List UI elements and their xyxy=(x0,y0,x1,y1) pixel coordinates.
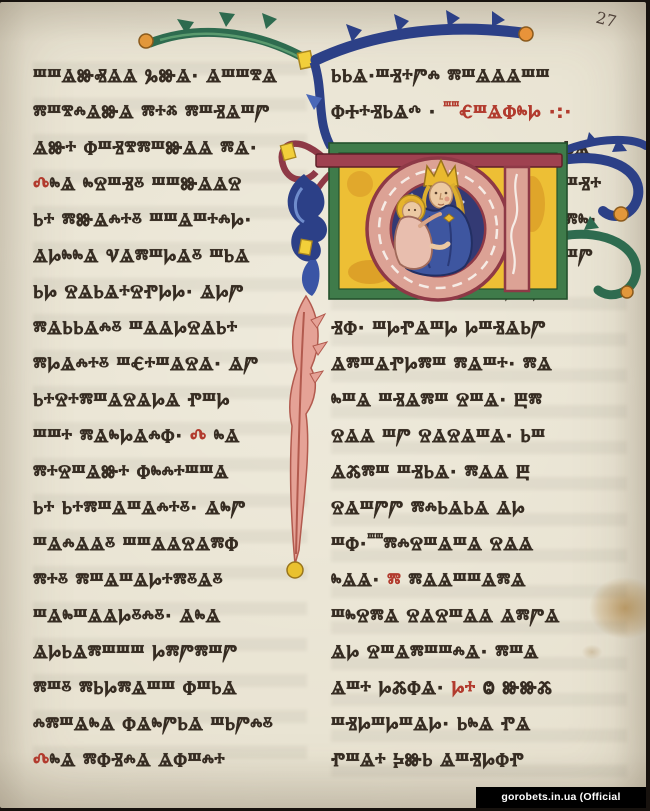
text-segment: ⰿⰞⰻ ⰿⰓⰘⰿⰡⰞⰞ ⰗⰞⰓⰡ xyxy=(33,677,237,699)
text-line: ⰿⰞⰻ ⰿⰓⰘⰿⰡⰞⰞ ⰗⰞⰓⰡ xyxy=(33,671,307,707)
text-segment: ⰓⰓⰡ·ⰞⰠⰰⰣⰾ ⰿⰞⰡⰡⰡⰞⰞ xyxy=(331,65,550,87)
text-segment: Ⱃⰰ ⰿⰖⰡⰾⰰⰻ ⰞⰞⰡⰞⰰⰾⰘ· xyxy=(33,209,252,231)
text-segment: ⰾⰿⰞⰡⰸⰡ ⰗⰡⰸⰣⰓⰡ ⰞⰓⰣⰾⰻ xyxy=(33,713,273,735)
text-line: ⰗⰀⰰⰠⰓⰡⰴ · ⰞⰞⰤⰞⰡⰗⰸⰘ ·:· xyxy=(331,95,629,131)
text-segment: Ⱈⰰ xyxy=(451,677,475,699)
text-line: ⰞⰡⰸⰞⰡⰡⰘⰻⰾⰻ· ⰡⰸⰡ xyxy=(33,599,307,635)
text-segment: Ⰴ xyxy=(33,749,50,771)
text-segment: Ⰴ xyxy=(33,173,50,195)
text-segment: ⰿⰡⰓⰓⰡⰾⰻ ⰞⰡⰡⰘⰔⰡⰓⰰ xyxy=(33,317,238,339)
text-line: Ⱃⰰ ⰓⰰⰿⰞⰡⰞⰡⰾⰰⰻ· ⰡⰸⰣ xyxy=(33,491,307,527)
text-line: ⰞⰠⰰ xyxy=(564,167,629,203)
text-segment: ⰡⰞⰰ ⰘⰆⰗⰡ· xyxy=(331,677,451,699)
text-line: ⰓⰓⰡ·ⰞⰠⰰⰣⰾ ⰿⰞⰡⰡⰡⰞⰞ xyxy=(331,59,629,95)
text-segment: ⰞⰸⰔⰿⰡ ⰔⰡⰔⰞⰡⰡ ⰡⰿⰣⰡ xyxy=(331,605,560,627)
text-line: ⰡⰘⰸⰸⰡ ⰜⰡⰿⰞⰘⰡⰻ ⰞⰓⰡ xyxy=(33,239,307,275)
text-line: ⰿⰸ· xyxy=(564,203,629,239)
text-segment: ⰿ xyxy=(387,569,401,591)
text-line: ⰸⰡⰡ· ⰿ ⰿⰡⰡⰞⰞⰡⰿⰡ xyxy=(331,563,629,599)
text-line: ⰡⰘⰓⰡⰿⰞⰞⰞ ⰘⰿⰣⰿⰞⰣ xyxy=(33,635,307,671)
text-segment: ⰞⰠⰰ xyxy=(564,173,602,195)
text-segment: ⰡⰆⰿⰞ ⰞⰠⰓⰡ· ⰿⰡⰡ Ⰱ xyxy=(331,461,530,483)
watermark: gorobets.in.ua (Official publication) xyxy=(476,787,646,808)
text-segment: ⰿⰸ· xyxy=(564,209,597,231)
text-line: ⰞⰠⰘⰞⰘⰞⰡⰘ· ⰓⰸⰡ ⰒⰡ xyxy=(331,707,629,743)
text-line: ⰠⰗ· ⰞⰘⰒⰡⰞⰘ ⰘⰞⰠⰡⰓⰣ xyxy=(331,311,629,347)
text-segment: Ⱃⰰ ⰓⰰⰿⰞⰡⰞⰡⰾⰰⰻ· ⰡⰸⰣ xyxy=(33,497,246,519)
text-line: ⰸⰞⰡ ⰞⰠⰡⰿⰞ ⰔⰞⰡ· Ⰱⰿ xyxy=(331,383,629,419)
text-line: ⰔⰡⰡ ⰞⰣ ⰔⰡⰔⰡⰞⰡ· ⰓⰞ xyxy=(331,419,629,455)
text-segment: ⰗⰀⰰⰠⰓⰡⰴ · xyxy=(331,101,443,123)
manuscript-photo: 27 ⰞⰞⰡⰖⰟⰡⰡ ⰃⰖⰡ· ⰡⰞⰞⰺⰡⰿⰞⰺⰾⰡⰖⰡ ⰿⰰⰶ ⰿⰞⰠⰡⰞⰣⰡ… xyxy=(0,0,650,811)
text-line: ⰞⰡⰾⰡⰡⰻ ⰞⰞⰡⰡⰔⰡⰿⰗ xyxy=(33,527,307,563)
text-segment: ⰸⰞⰡ ⰞⰠⰡⰿⰞ ⰔⰞⰡ· Ⰱⰿ xyxy=(331,389,542,411)
text-line: ⰞⰣ xyxy=(564,239,629,275)
text-line: ⰞⰸⰔⰿⰡ ⰔⰡⰔⰞⰡⰡ ⰡⰿⰣⰡ xyxy=(331,599,629,635)
text-segment: ⰸⰡⰡ· xyxy=(331,569,387,591)
text-segment: ⰠⰗ· ⰞⰘⰒⰡⰞⰘ ⰘⰞⰠⰡⰓⰣ xyxy=(331,317,546,339)
text-segment: ⰓⰰⰔⰰⰿⰞⰡⰔⰡⰘⰡ ⰒⰞⰘ xyxy=(33,389,230,411)
text-line: ⰓⰰⰔⰰⰿⰞⰡⰔⰡⰘⰡ ⰒⰞⰘ xyxy=(33,383,307,419)
text-line: ⰡⰞⰠⰡ ⰡⰡⰻ ⰞⰞⰡⰻ ⰘⰞⰘ xyxy=(331,275,629,311)
text-line: ⰞⰞⰰ ⰿⰡⰸⰘⰡⰾⰗ· Ⰴ ⰸⰡ xyxy=(33,419,307,455)
text-segment: ⰿⰞⰺⰾⰡⰖⰡ ⰿⰰⰶ ⰿⰞⰠⰡⰞⰣ xyxy=(33,101,270,123)
text-segment: ⰿⰰⰻ ⰿⰞⰡⰞⰡⰘⰰⰿⰻⰡⰻ xyxy=(33,569,223,591)
text-segment: ⰞⰠⰘⰞⰘⰞⰡⰘ· ⰓⰸⰡ ⰒⰡ xyxy=(331,713,531,735)
text-segment: ⰤⰞⰡⰗⰸⰘ ·:· xyxy=(459,101,572,123)
text-line: Ⱃⰰ ⰿⰖⰡⰾⰰⰻ ⰞⰞⰡⰞⰰⰾⰘ· xyxy=(33,203,307,239)
text-segment: ⰡⰘ ⰔⰞⰡⰿⰞⰞⰾⰡ· ⰿⰞⰡ xyxy=(331,641,539,663)
page-number: 27 xyxy=(594,8,618,31)
text-segment: ⰔⰡⰞⰣⰣ ⰿⰾⰓⰡⰓⰡ ⰡⰘ xyxy=(331,497,525,519)
text-segment: ⰿⰡⰡⰞⰞⰡⰿⰡ xyxy=(401,569,526,591)
text-line: ⰡⰘ ⰔⰞⰡⰿⰞⰞⰾⰡ· ⰿⰞⰡ xyxy=(331,635,629,671)
parchment-page: 27 ⰞⰞⰡⰖⰟⰡⰡ ⰃⰖⰡ· ⰡⰞⰞⰺⰡⰿⰞⰺⰾⰡⰖⰡ ⰿⰰⰶ ⰿⰞⰠⰡⰞⰣⰡ… xyxy=(0,2,646,808)
text-line: ⰿⰘⰡⰾⰰⰻ ⰞⰤⰰⰞⰡⰔⰡ· ⰡⰣ xyxy=(33,347,307,383)
text-line: ⰔⰡⰞⰣⰣ ⰿⰾⰓⰡⰓⰡ ⰡⰘ xyxy=(331,491,629,527)
text-segment: ⰞⰞ xyxy=(367,531,383,544)
text-line: ⰓⰘ ⰔⰡⰓⰡⰰⰔⰒⰘⰘ· ⰡⰘⰣ xyxy=(33,275,307,311)
text-line: ⰡⰖⰰ ⰗⰞⰠⰺⰿⰞⰖⰡⰡ ⰿⰡ· xyxy=(33,131,307,167)
text-segment: ⰞⰡⰾⰡⰡⰻ ⰞⰞⰡⰡⰔⰡⰿⰗ xyxy=(33,533,239,555)
gold-bead-icon xyxy=(519,27,533,41)
text-segment: ⰞⰞ xyxy=(443,99,459,112)
text-segment: ⰡⰘⰓⰡⰿⰞⰞⰞ ⰘⰿⰣⰿⰞⰣ xyxy=(33,641,238,663)
text-segment: ⰡⰞⰠⰡ ⰡⰡⰻ ⰞⰞⰡⰻ ⰘⰞⰘ xyxy=(331,281,546,303)
text-segment: ⰔⰡⰡ ⰞⰣ ⰔⰡⰔⰡⰞⰡ· ⰓⰞ xyxy=(331,425,546,447)
text-line: ⰿⰡⰓⰓⰡⰾⰻ ⰞⰡⰡⰘⰔⰡⰓⰰ xyxy=(33,311,307,347)
text-line: ⰒⰞⰡⰰ ⰍⰖⰓ ⰡⰞⰠⰘⰗⰒ xyxy=(331,743,629,779)
text-segment: ⰡⰘⰸⰸⰡ ⰜⰡⰿⰞⰘⰡⰻ ⰞⰓⰡ xyxy=(33,245,250,267)
text-segment: ⰡⰿⰞⰡⰒⰘⰿⰞ ⰿⰡⰞⰰ· ⰿⰡ xyxy=(331,353,552,375)
text-segment: ⰞⰞⰰ ⰿⰡⰸⰘⰡⰾⰗ· xyxy=(33,425,190,447)
text-line: ⰓⰡ xyxy=(564,131,629,167)
text-line: ⰄⰸⰡ ⰸⰔⰞⰠⰻ ⰞⰞⰖⰡⰡⰔ xyxy=(33,167,307,203)
text-segment: ⰞⰡⰸⰞⰡⰡⰘⰻⰾⰻ· ⰡⰸⰡ xyxy=(33,605,221,627)
text-segment: ⰞⰞⰡⰖⰟⰡⰡ ⰃⰖⰡ· ⰡⰞⰞⰺⰡ xyxy=(33,65,277,87)
text-line: ⰡⰆⰿⰞ ⰞⰠⰓⰡ· ⰿⰡⰡ Ⰱ xyxy=(331,455,629,491)
text-line: ⰡⰞⰰ ⰘⰆⰗⰡ· Ⱈⰰ Ⱉ ⰖⰖⰆ xyxy=(331,671,629,707)
text-segment: ⰞⰣ xyxy=(564,245,593,267)
left-column: ⰞⰞⰡⰖⰟⰡⰡ ⰃⰖⰡ· ⰡⰞⰞⰺⰡⰿⰞⰺⰾⰡⰖⰡ ⰿⰰⰶ ⰿⰞⰠⰡⰞⰣⰡⰖⰰ … xyxy=(33,59,307,779)
text-segment: ⰡⰖⰰ ⰗⰞⰠⰺⰿⰞⰖⰡⰡ ⰿⰡ· xyxy=(33,137,257,159)
text-line: ⰿⰰⰻ ⰿⰞⰡⰞⰡⰘⰰⰿⰻⰡⰻ xyxy=(33,563,307,599)
text-line: ⰾⰿⰞⰡⰸⰡ ⰗⰡⰸⰣⰓⰡ ⰞⰓⰣⰾⰻ xyxy=(33,707,307,743)
text-segment: ⰓⰘ ⰔⰡⰓⰡⰰⰔⰒⰘⰘ· ⰡⰘⰣ xyxy=(33,281,244,303)
text-segment: ⰓⰡ xyxy=(564,137,590,159)
text-segment: ⰿⰰⰔⰞⰡⰖⰰ ⰗⰸⰾⰰⰞⰞⰡ xyxy=(33,461,229,483)
text-segment: ⰸⰡ ⰸⰔⰞⰠⰻ ⰞⰞⰖⰡⰡⰔ xyxy=(50,173,242,195)
text-segment: ⰸⰡ xyxy=(207,425,240,447)
text-line: ⰞⰗ·ⰞⰞⰿⰾⰔⰞⰡⰞⰡ ⰔⰡⰡ xyxy=(331,527,629,563)
text-line: ⰿⰞⰺⰾⰡⰖⰡ ⰿⰰⰶ ⰿⰞⰠⰡⰞⰣ xyxy=(33,95,307,131)
text-line: ⰞⰞⰡⰖⰟⰡⰡ ⰃⰖⰡ· ⰡⰞⰞⰺⰡ xyxy=(33,59,307,95)
text-segment: ⰒⰞⰡⰰ ⰍⰖⰓ ⰡⰞⰠⰘⰗⰒ xyxy=(331,749,524,771)
text-line: ⰄⰸⰡ ⰿⰗⰠⰾⰡ ⰡⰗⰞⰾⰰ xyxy=(33,743,307,779)
text-segment: ⰿⰘⰡⰾⰰⰻ ⰞⰤⰰⰞⰡⰔⰡ· ⰡⰣ xyxy=(33,353,259,375)
text-segment: Ⱉ ⰖⰖⰆ xyxy=(476,677,553,699)
text-line: ⰿⰰⰔⰞⰡⰖⰰ ⰗⰸⰾⰰⰞⰞⰡ xyxy=(33,455,307,491)
right-column: ⰓⰓⰡ·ⰞⰠⰰⰣⰾ ⰿⰞⰡⰡⰡⰞⰞⰗⰀⰰⰠⰓⰡⰴ · ⰞⰞⰤⰞⰡⰗⰸⰘ ·:·Ⱃ… xyxy=(331,59,629,779)
gold-bead-icon xyxy=(139,34,153,48)
text-line: ⰡⰿⰞⰡⰒⰘⰿⰞ ⰿⰡⰞⰰ· ⰿⰡ xyxy=(331,347,629,383)
text-segment: ⰸⰡ ⰿⰗⰠⰾⰡ ⰡⰗⰞⰾⰰ xyxy=(50,749,226,771)
text-segment: ⰞⰗ· xyxy=(331,533,367,555)
text-segment: ⰿⰾⰔⰞⰡⰞⰡ ⰔⰡⰡ xyxy=(383,533,533,555)
text-segment: Ⰴ xyxy=(190,425,207,447)
